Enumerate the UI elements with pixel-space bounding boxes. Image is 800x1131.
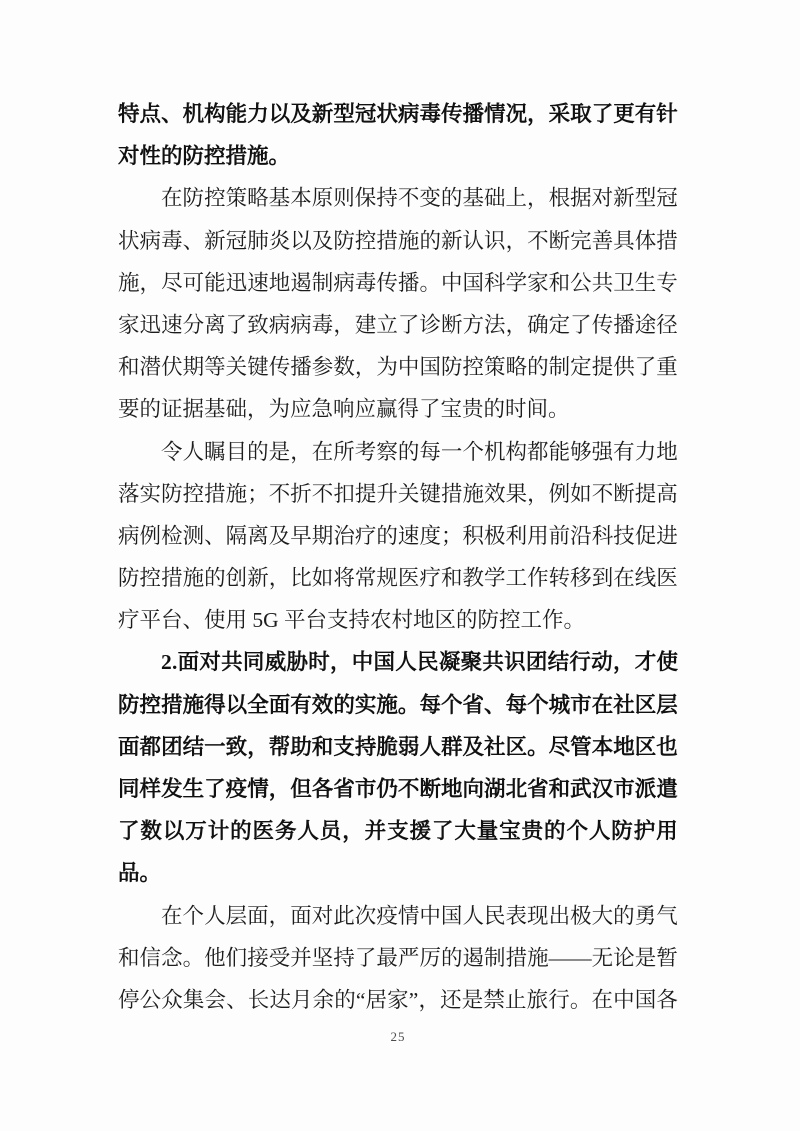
text-line: 同样发生了疫情，但各省市仍不断地向湖北省和武汉市派遣	[118, 768, 678, 810]
paragraph-4: 2.面对共同威胁时，中国人民凝聚共识团结行动，才使防控措施得以全面有效的实施。每…	[118, 641, 678, 894]
paragraph-2: 在防控策略基本原则保持不变的基础上，根据对新型冠状病毒、新冠肺炎以及防控措施的新…	[118, 177, 678, 430]
text-line: 防控措施的创新，比如将常规医疗和教学工作转移到在线医	[118, 557, 678, 599]
document-page: { "page": { "number": "25", "paragraphs"…	[0, 0, 800, 1131]
page-number: 25	[118, 1029, 678, 1045]
text-line: 对性的防控措施。	[118, 135, 678, 177]
paragraph-1: 特点、机构能力以及新型冠状病毒传播情况，采取了更有针对性的防控措施。	[118, 93, 678, 177]
text-line: 在防控策略基本原则保持不变的基础上，根据对新型冠	[118, 177, 678, 219]
text-line: 面都团结一致，帮助和支持脆弱人群及社区。尽管本地区也	[118, 726, 678, 768]
paragraph-5: 在个人层面，面对此次疫情中国人民表现出极大的勇气和信念。他们接受并坚持了最严厉的…	[118, 895, 678, 1022]
text-line: 2.面对共同威胁时，中国人民凝聚共识团结行动，才使	[118, 641, 678, 683]
text-line: 家迅速分离了致病病毒，建立了诊断方法，确定了传播途径	[118, 304, 678, 346]
text-line: 停公众集会、长达月余的“居家”，还是禁止旅行。在中国各	[118, 979, 678, 1021]
paragraph-3: 令人瞩目的是，在所考察的每一个机构都能够强有力地落实防控措施；不折不扣提升关键措…	[118, 431, 678, 642]
text-line: 和信念。他们接受并坚持了最严厉的遏制措施——无论是暂	[118, 937, 678, 979]
text-line: 品。	[118, 852, 678, 894]
text-line: 在个人层面，面对此次疫情中国人民表现出极大的勇气	[118, 895, 678, 937]
text-line: 病例检测、隔离及早期治疗的速度；积极利用前沿科技促进	[118, 515, 678, 557]
text-line: 特点、机构能力以及新型冠状病毒传播情况，采取了更有针	[118, 93, 678, 135]
page-body-text: 特点、机构能力以及新型冠状病毒传播情况，采取了更有针对性的防控措施。在防控策略基…	[118, 93, 678, 1021]
text-line: 落实防控措施；不折不扣提升关键措施效果，例如不断提高	[118, 473, 678, 515]
text-line: 和潜伏期等关键传播参数，为中国防控策略的制定提供了重	[118, 346, 678, 388]
text-line: 施，尽可能迅速地遏制病毒传播。中国科学家和公共卫生专	[118, 262, 678, 304]
text-line: 令人瞩目的是，在所考察的每一个机构都能够强有力地	[118, 431, 678, 473]
text-line: 要的证据基础，为应急响应赢得了宝贵的时间。	[118, 388, 678, 430]
text-line: 了数以万计的医务人员，并支援了大量宝贵的个人防护用	[118, 810, 678, 852]
text-line: 防控措施得以全面有效的实施。每个省、每个城市在社区层	[118, 684, 678, 726]
text-line: 疗平台、使用 5G 平台支持农村地区的防控工作。	[118, 599, 678, 641]
text-line: 状病毒、新冠肺炎以及防控措施的新认识，不断完善具体措	[118, 220, 678, 262]
